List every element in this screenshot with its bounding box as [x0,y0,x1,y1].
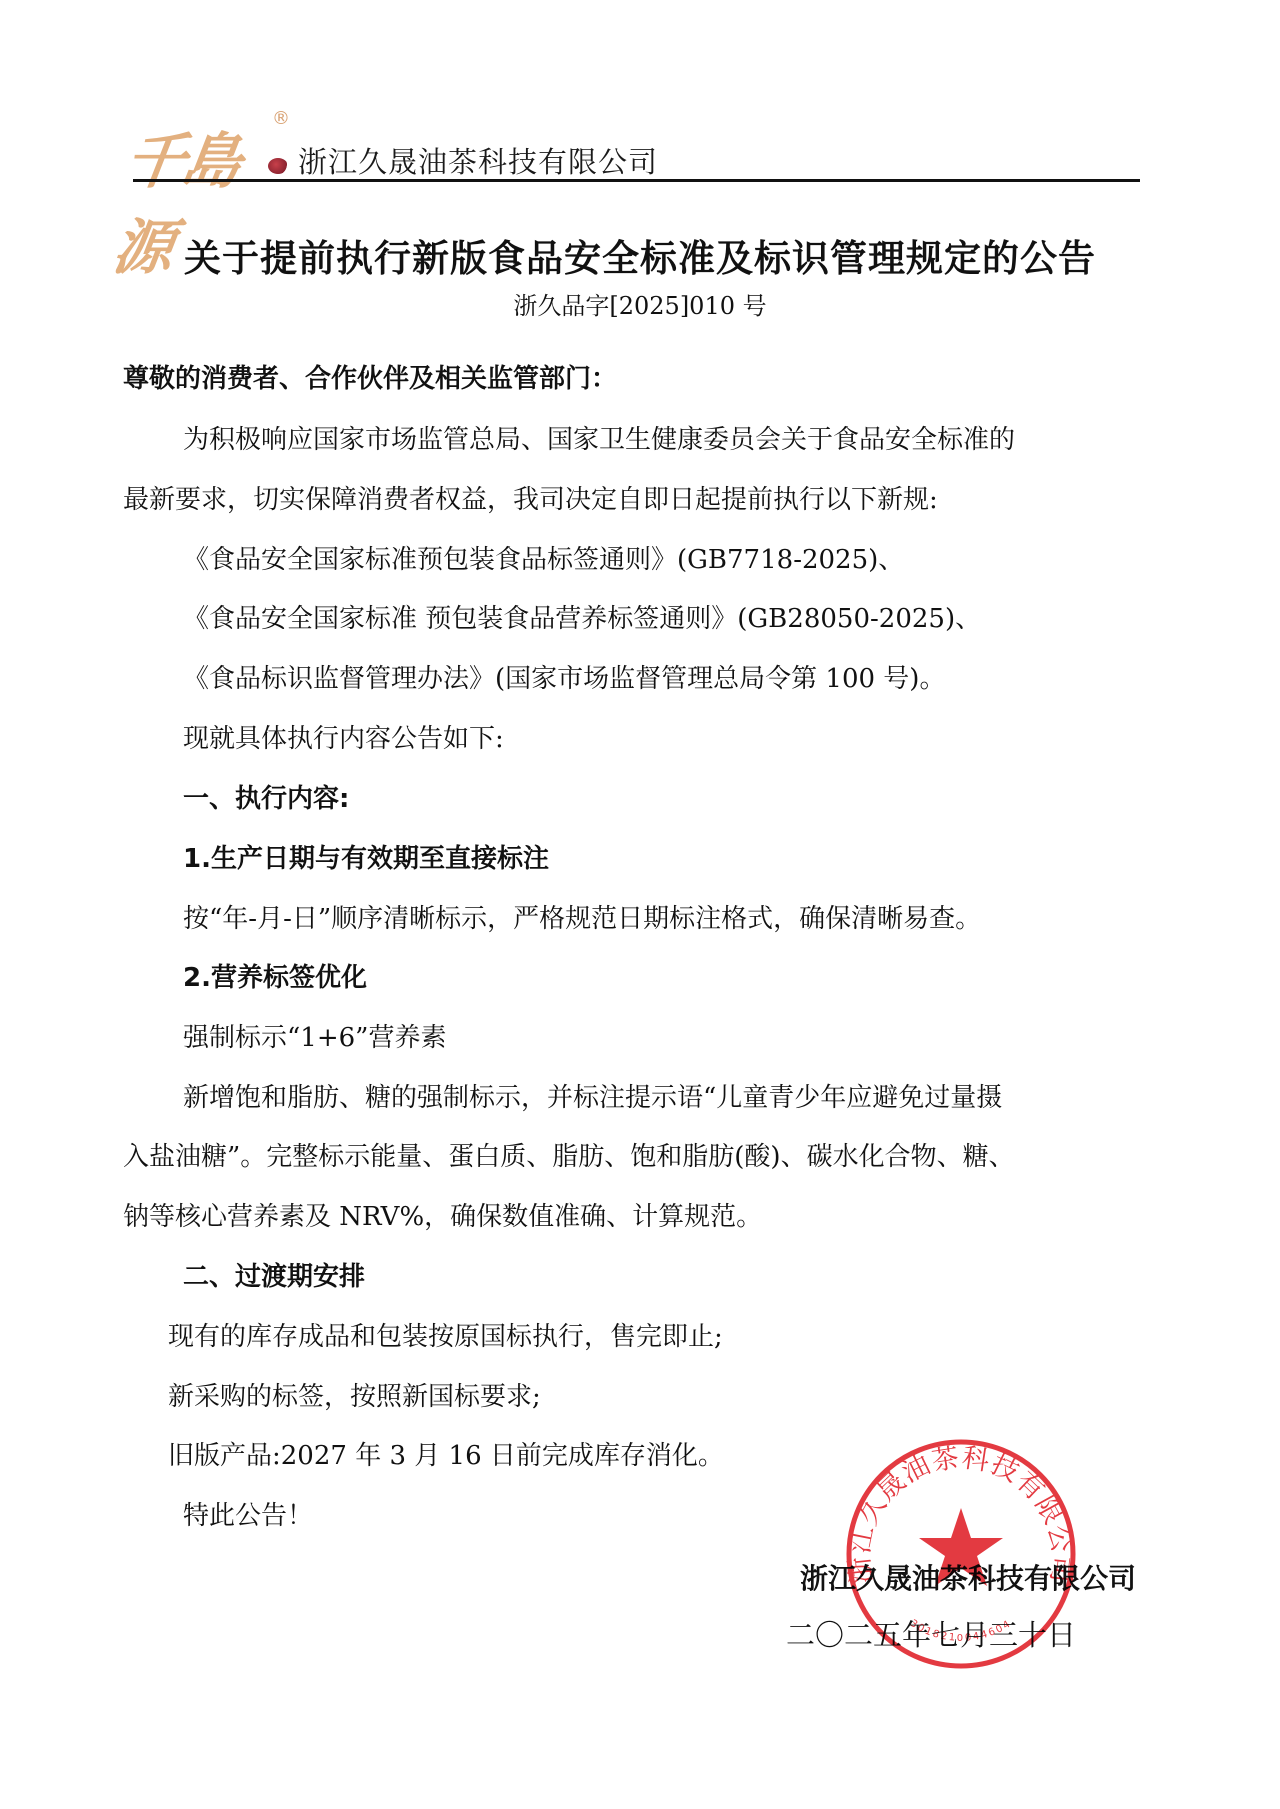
svg-text:3018210044604: 3018210044604 [908,1618,1014,1644]
paragraph-line: 钠等核心营养素及 NRV%，确保数值准确、计算规范。 [123,1202,762,1232]
letterhead-divider [133,179,1140,182]
brand-logo: 千島源 ® [120,108,280,208]
section-heading: 一、执行内容: [183,784,349,814]
transition-item: 旧版产品:2027 年 3 月 16 日前完成库存消化。 [168,1441,724,1471]
document-number: 浙久品字[2025]010 号 [0,286,1280,321]
paragraph-line: 入盐油糖”。完整标示能量、蛋白质、脂肪、饱和脂肪(酸)、碳水化合物、糖、 [123,1142,1015,1172]
transition-item: 新采购的标签，按照新国标要求; [168,1382,541,1412]
subsection-heading: 1.生产日期与有效期至直接标注 [183,844,549,874]
regulation-item: 《食品安全国家标准 预包装食品营养标签通则》(GB28050-2025)、 [183,604,981,634]
regulation-item: 《食品安全国家标准预包装食品标签通则》(GB7718-2025)、 [183,545,904,575]
closing-statement: 特此公告！ [183,1501,313,1531]
announce-intro: 现就具体执行内容公告如下: [183,724,504,754]
seal-number: 3018210044604 [908,1618,1014,1644]
transition-item: 现有的库存成品和包装按原国标执行，售完即止; [168,1322,723,1352]
section-heading: 二、过渡期安排 [183,1262,365,1292]
registered-mark-icon: ® [272,108,290,129]
regulation-item: 《食品标识监督管理办法》(国家市场监督管理总局令第 100 号)。 [183,664,945,694]
intro-line-2: 最新要求，切实保障消费者权益，我司决定自即日起提前执行以下新规: [123,485,938,515]
subsection-heading: 2.营养标签优化 [183,963,367,993]
intro-line-1: 为积极响应国家市场监管总局、国家卫生健康委员会关于食品安全标准的 [183,425,1015,455]
letterhead-company-name: 浙江久晟油茶科技有限公司 [298,140,658,181]
camellia-flower-icon [268,158,288,174]
paragraph: 按“年-月-日”顺序清晰标示，严格规范日期标注格式，确保清晰易查。 [183,904,981,934]
paragraph: 强制标示“1+6”营养素 [183,1023,446,1053]
salutation: 尊敬的消费者、合作伙伴及相关监管部门： [123,364,617,394]
paragraph-line: 新增饱和脂肪、糖的强制标示，并标注提示语“儿童青少年应避免过量摄 [183,1083,1002,1113]
company-seal-icon: 浙江久晟油茶科技有限公司 3018210044604 [843,1436,1079,1672]
document-title: 关于提前执行新版食品安全标准及标识管理规定的公告 [0,228,1280,282]
